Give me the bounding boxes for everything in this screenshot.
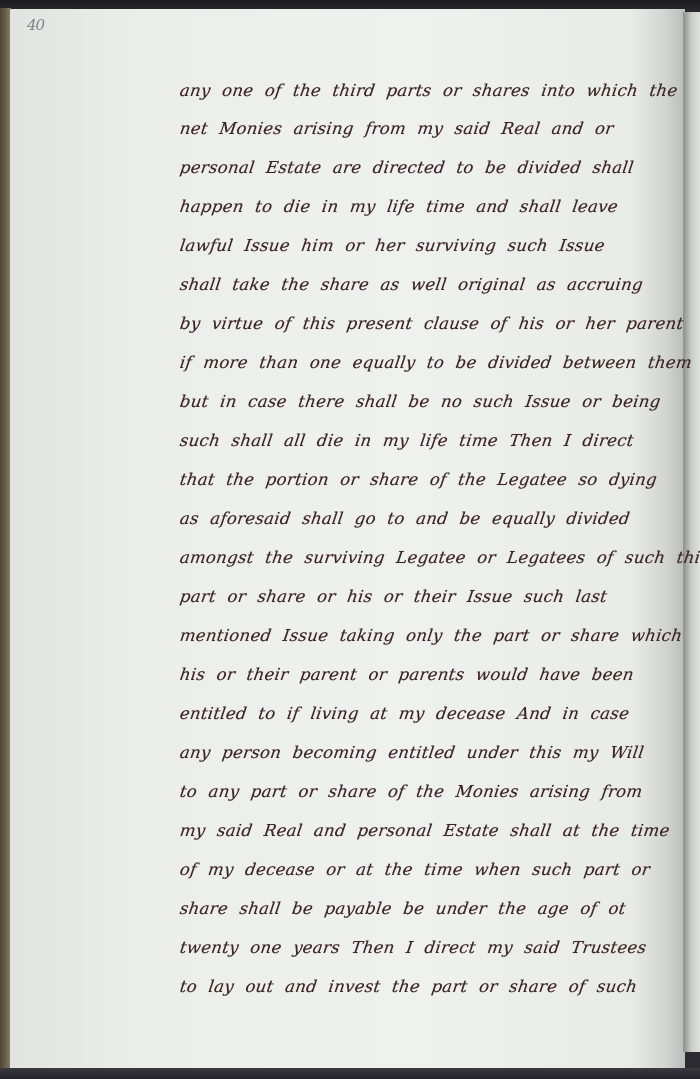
text-line: by virtue of this present clause of his … <box>179 314 667 333</box>
text-line: to any part or share of the Monies arisi… <box>179 782 667 801</box>
text-line: shall take the share as well original as… <box>179 275 667 294</box>
text-line: part or share or his or their Issue such… <box>179 587 667 606</box>
text-line: that the portion or share of the Legatee… <box>179 470 667 489</box>
text-line: such shall all die in my life time Then … <box>179 431 667 450</box>
text-line: to lay out and invest the part or share … <box>179 977 667 996</box>
text-line: any person becoming entitled under this … <box>179 743 667 762</box>
text-line: share shall be payable be under the age … <box>179 899 667 918</box>
text-line: as aforesaid shall go to and be equally … <box>179 509 667 528</box>
handwritten-text: any one of the third parts or shares int… <box>0 0 700 1079</box>
text-line: any one of the third parts or shares int… <box>179 81 667 100</box>
text-line: my said Real and personal Estate shall a… <box>179 821 667 840</box>
text-line: his or their parent or parents would hav… <box>179 665 667 684</box>
text-line: lawful Issue him or her surviving such I… <box>179 236 667 255</box>
text-line: twenty one years Then I direct my said T… <box>179 938 667 957</box>
text-line: of my decease or at the time when such p… <box>179 860 667 879</box>
text-line: if more than one equally to be divided b… <box>179 353 667 372</box>
text-line: mentioned Issue taking only the part or … <box>179 626 667 645</box>
text-line: entitled to if living at my decease And … <box>179 704 667 723</box>
text-line: amongst the surviving Legatee or Legatee… <box>179 548 667 567</box>
text-line: happen to die in my life time and shall … <box>179 197 667 216</box>
text-line: net Monies arising from my said Real and… <box>179 119 667 138</box>
text-line: personal Estate are directed to be divid… <box>179 158 667 177</box>
text-line: but in case there shall be no such Issue… <box>179 392 667 411</box>
